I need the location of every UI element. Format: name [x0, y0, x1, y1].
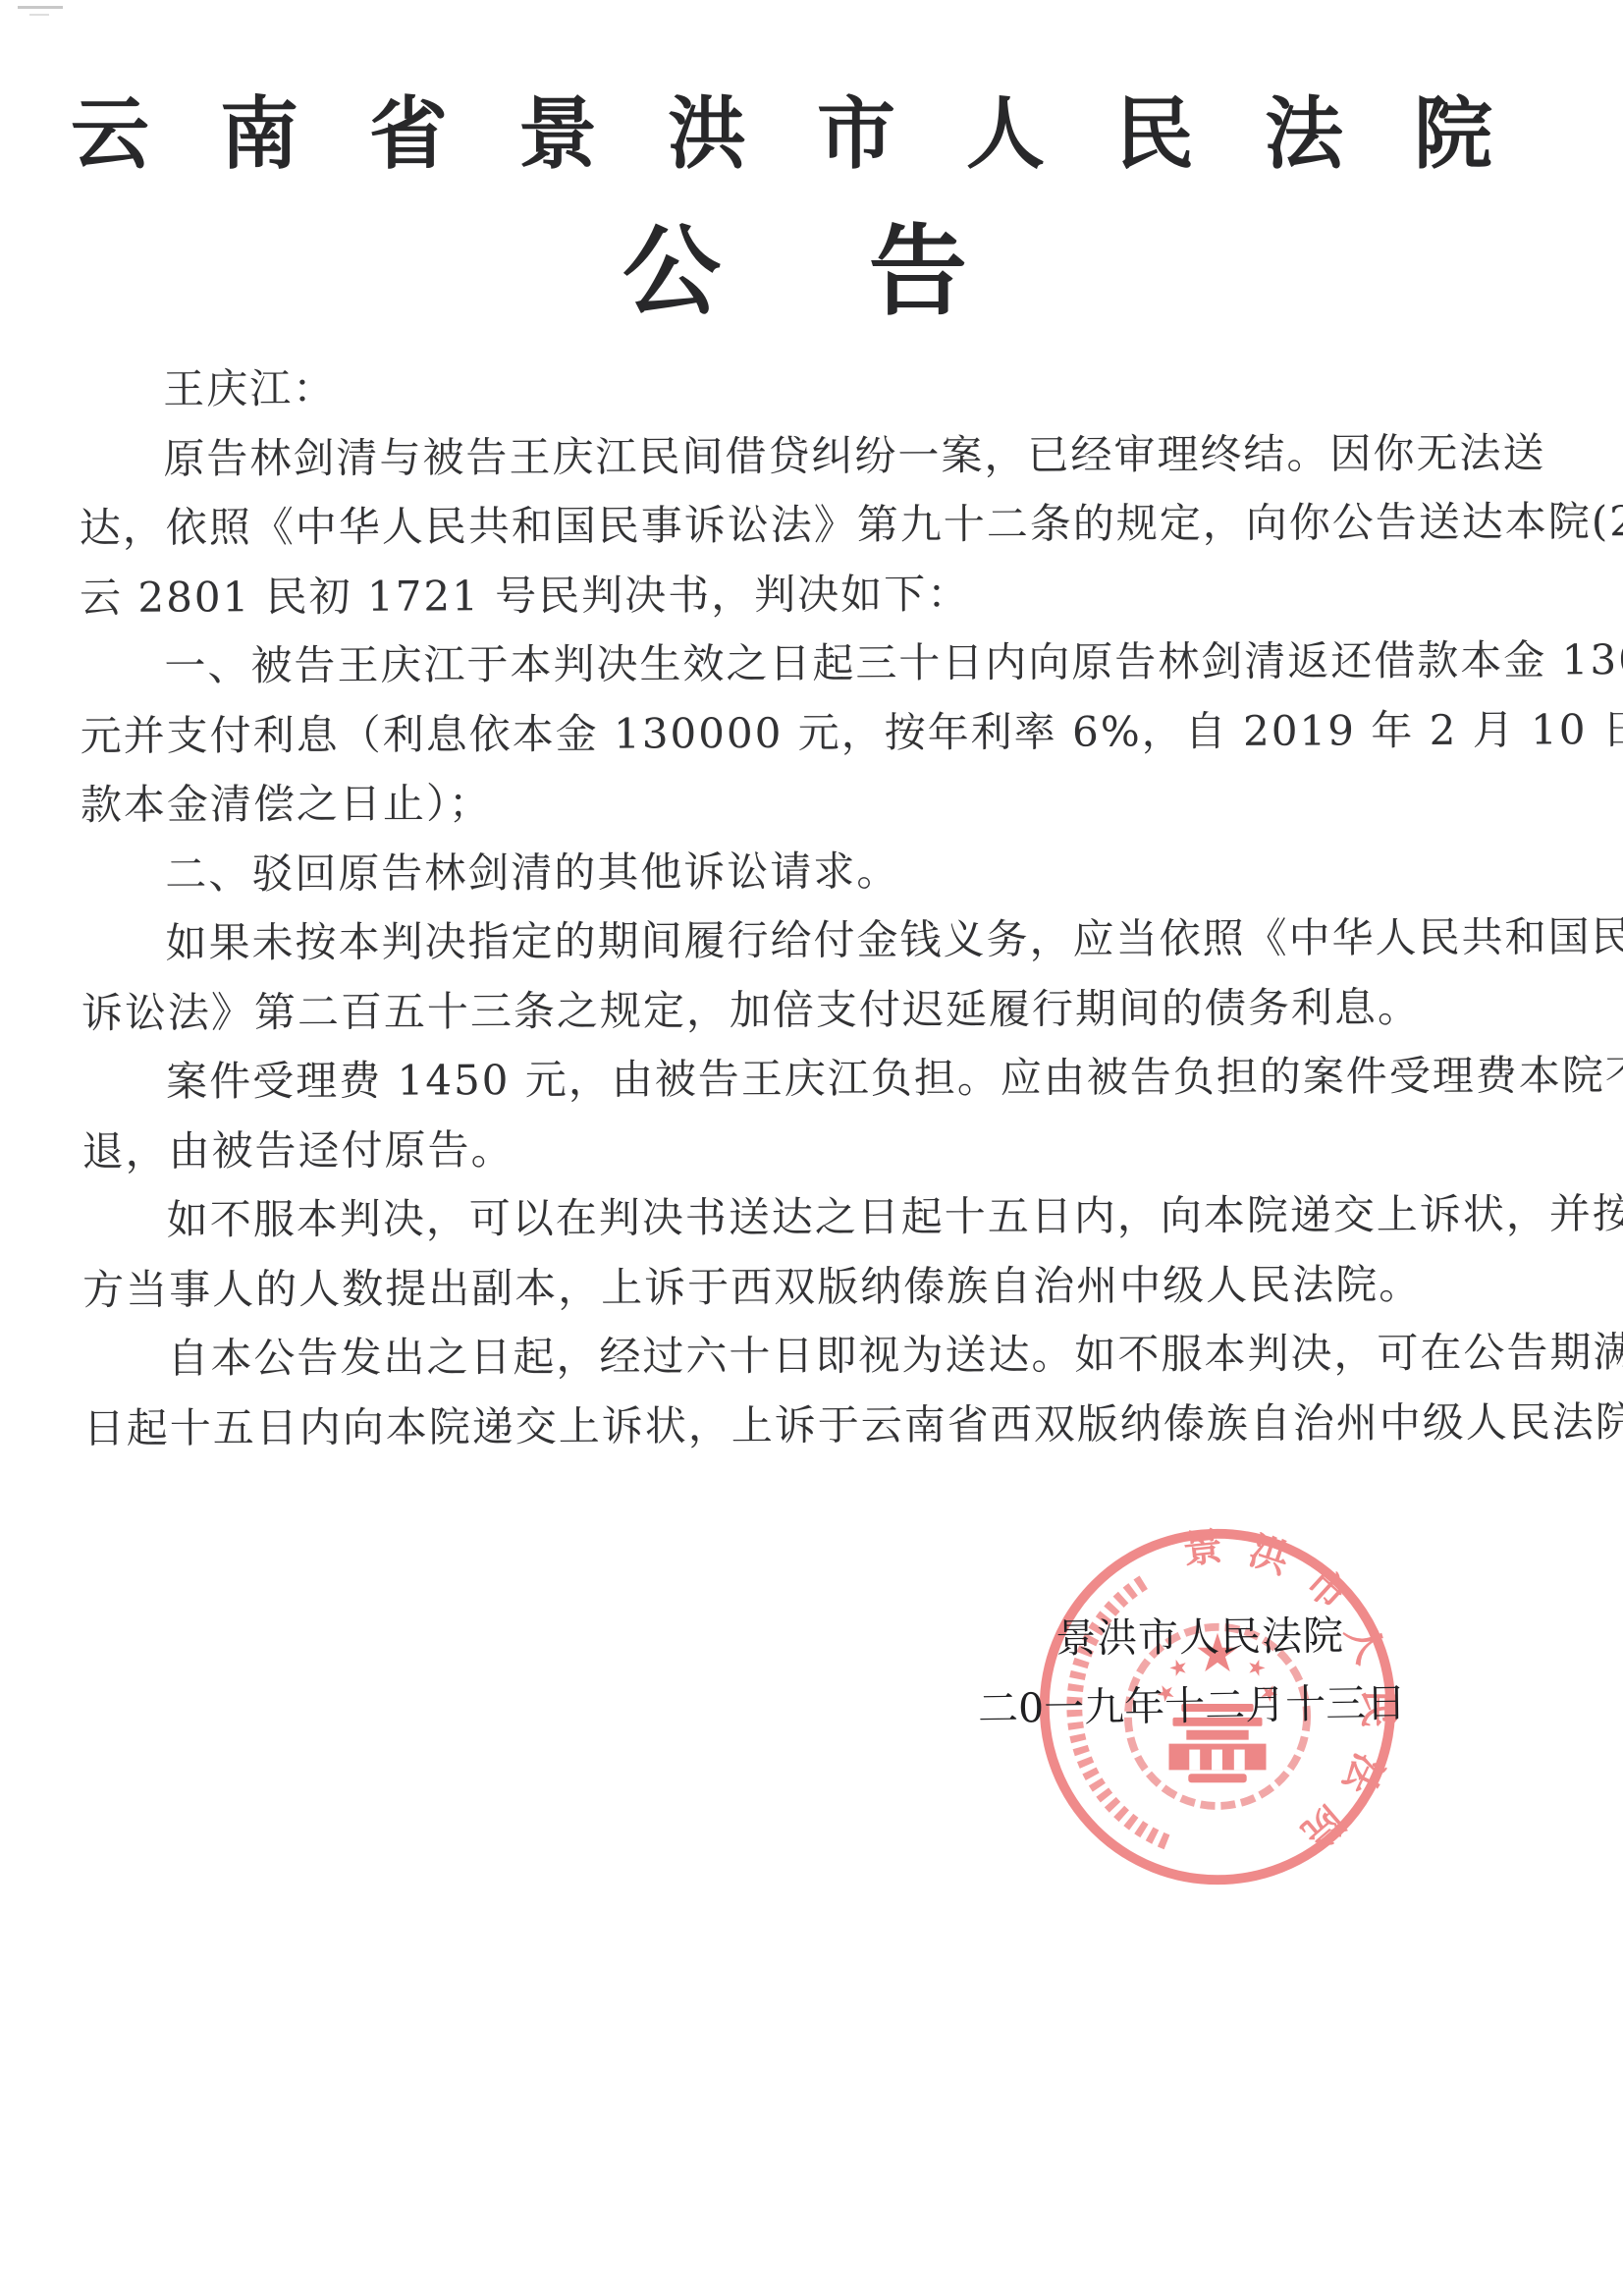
body-line: 退，由被告迳付原告。 [81, 1111, 1533, 1186]
court-title: 云南省景洪市人民法院 [71, 71, 1563, 184]
body-line: 自本公告发出之日起，经过六十日即视为送达。如不服本判决，可在公告期满之 [82, 1319, 1534, 1394]
body-line: 诉讼法》第二百五十三条之规定，加倍支付迟延履行期间的债务利息。 [81, 972, 1533, 1048]
body-line: 一、被告王庆江于本判决生效之日起三十日内向原告林剑清返还借款本金 130000 [80, 627, 1531, 702]
body-line: 款本金清偿之日止）； [81, 765, 1532, 841]
signature-court-name: 景洪市人民法院 [1055, 1603, 1345, 1664]
body-line: 方当事人的人数提出副本，上诉于西双版纳傣族自治州中级人民法院。 [82, 1249, 1534, 1325]
body-line: 如果未按本判决指定的期间履行给付金钱义务，应当依照《中华人民共和国民事 [81, 903, 1532, 979]
announcement-page: 云南省景洪市人民法院 公 告 王庆江：原告林剑清与被告王庆江民间借贷纠纷一案，已… [0, 0, 1623, 2296]
notice-heading: 公 告 [622, 192, 1024, 334]
scan-artifact [18, 6, 63, 9]
body-line: 日起十五日内向本院递交上诉状，上诉于云南省西双版纳傣族自治州中级人民法院。 [83, 1388, 1535, 1463]
body-line: 王庆江： [79, 350, 1530, 425]
body-line: 二、驳回原告林剑清的其他诉讼请求。 [81, 834, 1532, 909]
body-line: 如不服本判决，可以在判决书送达之日起十五日内，向本院递交上诉状，并按对 [82, 1180, 1534, 1256]
signature-date: 二0一九年十二月十三日 [978, 1670, 1407, 1734]
body-line: 原告林剑清与被告王庆江民间借贷纠纷一案，已经审理终结。因你无法送 [79, 418, 1530, 494]
body-line: 达，依照《中华人民共和国民事诉讼法》第九十二条的规定，向你公告送达本院(2019… [80, 488, 1531, 564]
body-line: 案件受理费 1450 元，由被告王庆江负担。应由被告负担的案件受理费本院不另清 [81, 1042, 1533, 1118]
body-line: 云 2801 民初 1721 号民判决书，判决如下： [80, 557, 1531, 632]
scan-artifact [29, 14, 49, 16]
body-lines: 王庆江：原告林剑清与被告王庆江民间借贷纠纷一案，已经审理终结。因你无法送达，依照… [79, 350, 1535, 1463]
body-line: 元并支付利息（利息依本金 130000 元，按年利率 6%，自 2019 年 2… [81, 695, 1532, 771]
